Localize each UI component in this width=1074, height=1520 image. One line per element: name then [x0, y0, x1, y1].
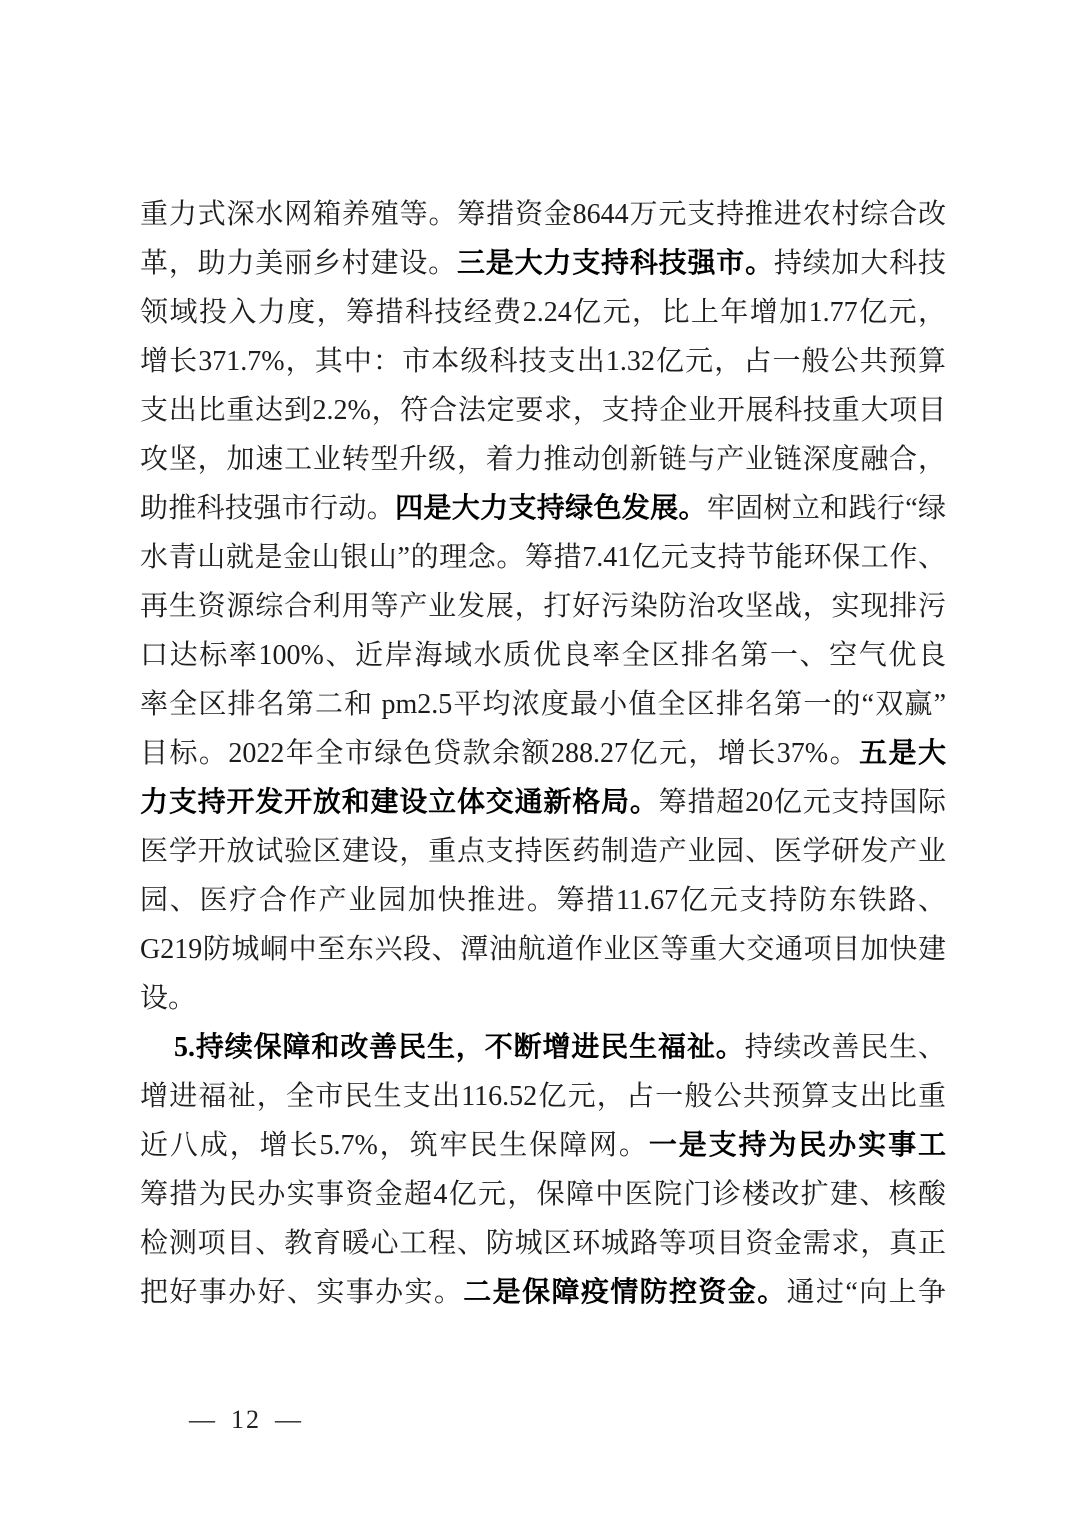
text-run: 医学开放试验区建设，重点支持医药制造产业园、医学研发产业: [140, 836, 946, 867]
footer-dash-right: —: [275, 1400, 303, 1440]
text-line: 增长371.7%，其中：市本级科技支出1.32亿元，占一般公共预算: [140, 337, 946, 386]
text-run: 攻坚，加速工业转型升级，着力推动创新链与产业链深度融合，: [140, 444, 946, 475]
bold-text-run: 五是大: [859, 738, 946, 769]
text-line: 助推科技强市行动。四是大力支持绿色发展。牢固树立和践行“绿: [140, 484, 946, 533]
text-line: G219防城峒中至东兴段、潭油航道作业区等重大交通项目加快建: [140, 925, 946, 974]
text-line: 目标。2022年全市绿色贷款余额288.27亿元，增长37%。五是大: [140, 729, 946, 778]
text-line: 设。: [140, 974, 946, 1023]
text-line: 革，助力美丽乡村建设。三是大力支持科技强市。持续加大科技: [140, 239, 946, 288]
page-number: 12: [231, 1400, 261, 1440]
text-run: 通过“向上争: [787, 1277, 946, 1308]
text-run: 革，助力美丽乡村建设。: [140, 248, 457, 279]
text-line: 率全区排名第二和 pm2.5平均浓度最小值全区排名第一的“双赢”: [140, 680, 946, 729]
text-run: 口达标率100%、近岸海域水质优良率全区排名第一、空气优良: [140, 640, 946, 671]
text-run: 助推科技强市行动。: [140, 493, 395, 524]
text-run: 增进福祉，全市民生支出116.52亿元，占一般公共预算支出比重: [140, 1081, 946, 1112]
text-run: 目标。2022年全市绿色贷款余额288.27亿元，增长37%。: [140, 738, 859, 769]
text-run: 园、医疗合作产业园加快推进。筹措11.67亿元支持防东铁路、: [140, 885, 946, 916]
text-run: 近八成，增长5.7%，筑牢民生保障网。: [140, 1130, 649, 1161]
bold-text-run: 三是大力支持科技强市。: [457, 248, 774, 279]
text-run: 持续加大科技: [774, 248, 946, 279]
text-line: 水青山就是金山银山”的理念。筹措7.41亿元支持节能环保工作、: [140, 533, 946, 582]
text-run: 筹措为民办实事资金超4亿元，保障中医院门诊楼改扩建、核酸: [140, 1179, 946, 1210]
text-run: 再生资源综合利用等产业发展，打好污染防治攻坚战，实现排污: [140, 591, 946, 622]
text-run: 水青山就是金山银山”的理念。筹措7.41亿元支持节能环保工作、: [140, 542, 946, 573]
bold-text-run: 力支持开发开放和建设立体交通新格局。: [140, 787, 659, 818]
text-run: G219防城峒中至东兴段、潭油航道作业区等重大交通项目加快建: [140, 934, 946, 965]
text-line: 把好事办好、实事办实。二是保障疫情防控资金。通过“向上争: [140, 1268, 946, 1317]
text-line: 筹措为民办实事资金超4亿元，保障中医院门诊楼改扩建、核酸: [140, 1170, 946, 1219]
text-run: 增长371.7%，其中：市本级科技支出1.32亿元，占一般公共预算: [140, 346, 946, 377]
text-line: 医学开放试验区建设，重点支持医药制造产业园、医学研发产业: [140, 827, 946, 876]
text-line: 再生资源综合利用等产业发展，打好污染防治攻坚战，实现排污: [140, 582, 946, 631]
document-page: 重力式深水网箱养殖等。筹措资金8644万元支持推进农村综合改革，助力美丽乡村建设…: [0, 0, 1074, 1520]
text-run: 牢固树立和践行“绿: [707, 493, 946, 524]
text-line: 领域投入力度，筹措科技经费2.24亿元，比上年增加1.77亿元，: [140, 288, 946, 337]
text-run: 持续改善民生、: [745, 1032, 946, 1063]
footer-dash-left: —: [189, 1400, 217, 1440]
text-line: 园、医疗合作产业园加快推进。筹措11.67亿元支持防东铁路、: [140, 876, 946, 925]
text-run: 设。: [140, 983, 196, 1014]
text-line: 重力式深水网箱养殖等。筹措资金8644万元支持推进农村综合改: [140, 190, 946, 239]
text-run: 筹措超20亿元支持国际: [659, 787, 946, 818]
text-line: 口达标率100%、近岸海域水质优良率全区排名第一、空气优良: [140, 631, 946, 680]
text-line: 增进福祉，全市民生支出116.52亿元，占一般公共预算支出比重: [140, 1072, 946, 1121]
text-run: 率全区排名第二和 pm2.5平均浓度最小值全区排名第一的“双赢”: [140, 689, 946, 720]
text-line: 近八成，增长5.7%，筑牢民生保障网。一是支持为民办实事工程。: [140, 1121, 946, 1170]
text-line: 支出比重达到2.2%，符合法定要求，支持企业开展科技重大项目: [140, 386, 946, 435]
text-line: 力支持开发开放和建设立体交通新格局。筹措超20亿元支持国际: [140, 778, 946, 827]
bold-text-run: 二是保障疫情防控资金。: [463, 1277, 786, 1308]
text-run: 把好事办好、实事办实。: [140, 1277, 463, 1308]
text-line: 检测项目、教育暖心工程、防城区环城路等项目资金需求，真正: [140, 1219, 946, 1268]
text-line: 攻坚，加速工业转型升级，着力推动创新链与产业链深度融合，: [140, 435, 946, 484]
text-run: 支出比重达到2.2%，符合法定要求，支持企业开展科技重大项目: [140, 395, 946, 426]
text-line: 5.持续保障和改善民生，不断增进民生福祉。持续改善民生、: [140, 1023, 946, 1072]
text-run: 领域投入力度，筹措科技经费2.24亿元，比上年增加1.77亿元，: [140, 297, 946, 328]
text-run: 重力式深水网箱养殖等。筹措资金8644万元支持推进农村综合改: [140, 199, 946, 230]
document-body: 重力式深水网箱养殖等。筹措资金8644万元支持推进农村综合改革，助力美丽乡村建设…: [140, 190, 946, 1317]
text-run: 检测项目、教育暖心工程、防城区环城路等项目资金需求，真正: [140, 1228, 946, 1259]
bold-text-run: 四是大力支持绿色发展。: [395, 493, 707, 524]
page-footer: —12—: [155, 1360, 303, 1400]
bold-text-run: 5.持续保障和改善民生，不断增进民生福祉。: [174, 1032, 745, 1063]
